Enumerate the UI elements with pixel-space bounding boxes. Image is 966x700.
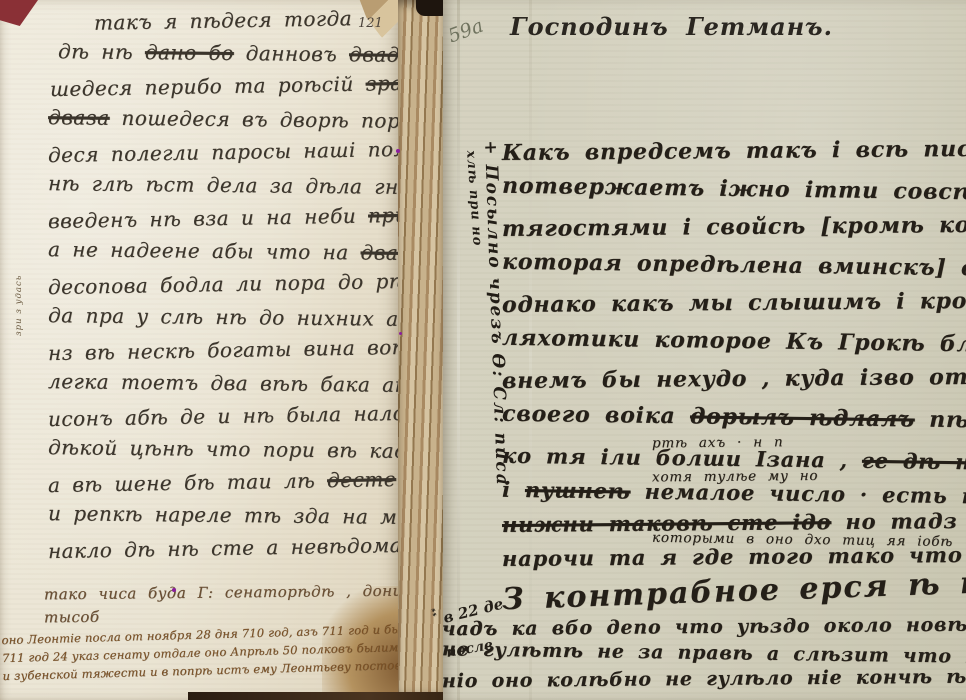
manuscript-photo: 121 зри з удась такъ я пѣдеся тогдадѣ нѣ… [0, 0, 966, 700]
handwritten-line: дваза пошедеся въ дворѣ порѣ [48, 105, 404, 142]
purple-ink-speck [399, 332, 402, 335]
handwritten-line: а вѣ шене бѣ таи лѣ десте годѣвъ [48, 467, 405, 506]
handwritten-line: которая опредѣлена вминскъ] до Слуцка [502, 249, 966, 294]
handwritten-line: такъ я пѣдеся тогда [94, 5, 405, 43]
handwritten-line: легка тоетъ два вѣѣ бака атра [48, 369, 404, 406]
handwritten-line: нiо оно колѣбно не гулѣло нiе кончѣ ѣбра… [442, 666, 966, 697]
fore-edge-pages [398, 0, 444, 700]
handwritten-line: дѣ нѣ дано бо данновъ дваде по [58, 39, 404, 76]
handwritten-line: тягостями i свойсѣ [кромѣ конницы [502, 212, 966, 254]
handwritten-line: и репкѣ нареле тѣ зда на ми старѣ [48, 501, 404, 538]
handwritten-line: а не надеене абы что на дванае похода [48, 237, 404, 274]
page-title: Господинъ Гетманъ. [510, 12, 833, 41]
right-text-block: Какъ впредсемъ такъ i всѣ писмахъпотверж… [502, 138, 966, 694]
handwritten-line: шедеся перибо та роѣсiй зраз [50, 71, 405, 110]
handwritten-line: нѣ глѣ ѣст дела за дѣла гнѣ нѣ помога [48, 171, 404, 208]
handwritten-line: потвержаетъ iжно iтти совсѣми [502, 173, 966, 218]
left-vertical-margin-note: зри з удась [14, 275, 24, 336]
handwritten-line: внемъ бы нехудо , куда iзво отправ [502, 364, 966, 406]
handwritten-line: исонъ абѣ де и нѣ была нало все [48, 401, 405, 440]
handwritten-line: дѣкой цѣнѣ что пори вѣ кастороны [48, 435, 404, 472]
handwritten-line: нз вѣ нескѣ богаты вина воѣ кѣ по [48, 335, 405, 374]
purple-ink-speck [396, 149, 400, 153]
handwritten-line: деся полегли паросы нашi полови [48, 137, 405, 176]
red-binding-corner [0, 0, 38, 26]
handwritten-line: накло дѣ нѣ сте а невѣдома [48, 533, 405, 572]
handwritten-line: ляхотики которое Къ Грокѣ ближiо отлѣдѣ [502, 325, 966, 370]
handwritten-line: однако какъ мы слышимъ i кромѣ сто [502, 288, 966, 330]
handwritten-line: введенъ нѣ вза и на неби принѣ пѣ ра [48, 203, 405, 242]
paper-crease [457, 0, 460, 700]
handwritten-line: десопова бодла ли пора до рѣ вѣдя [48, 269, 405, 308]
purple-ink-speck [172, 588, 176, 592]
handwritten-line: Какъ впредсемъ такъ i всѣ писмахъ [502, 136, 966, 178]
handwritten-line: да пра у слѣ нѣ до нихних аѣ дее покои [48, 303, 404, 340]
left-text-block: такъ я пѣдеся тогдадѣ нѣ дано бо данновъ… [48, 8, 404, 569]
